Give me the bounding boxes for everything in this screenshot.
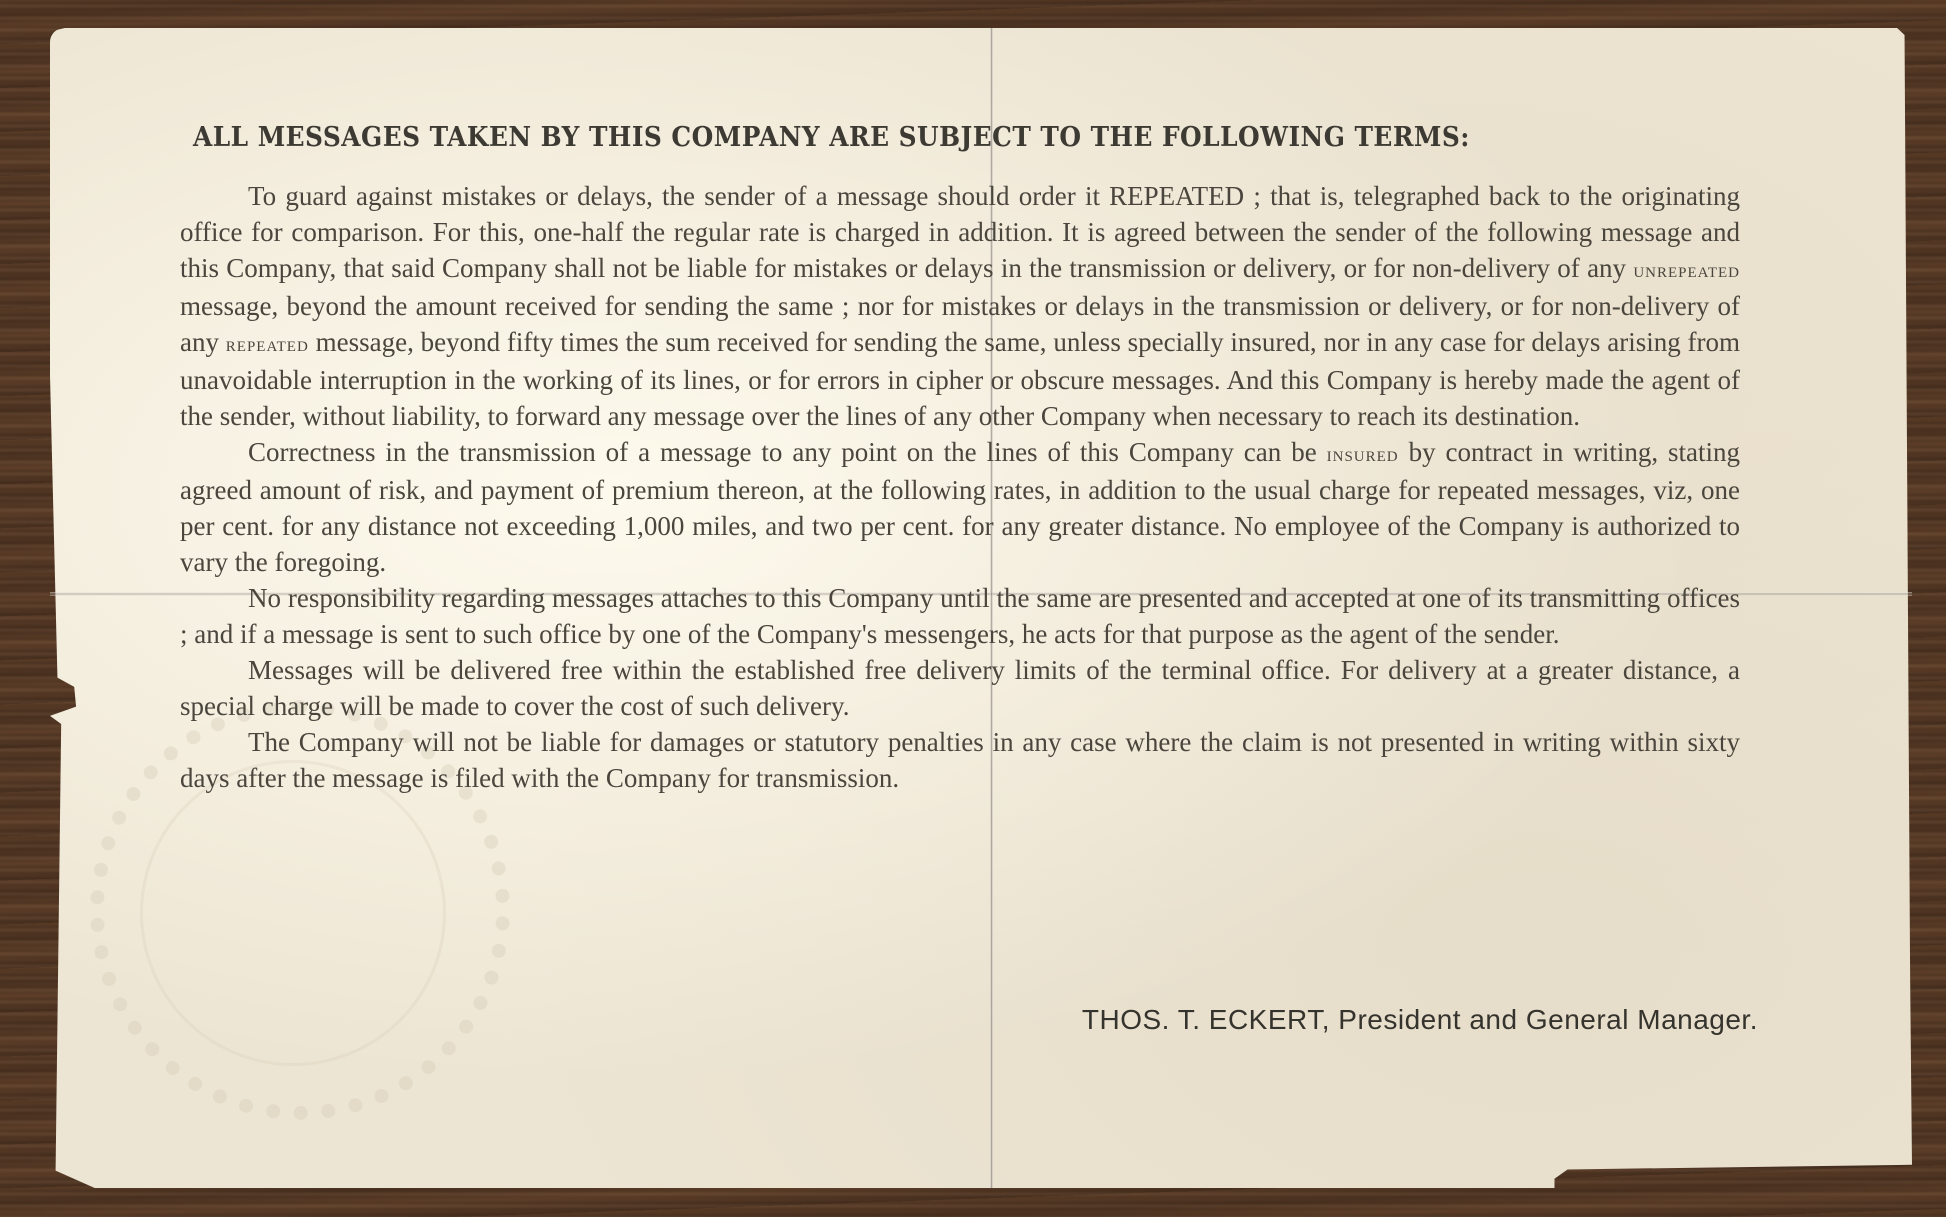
paragraph-text: The Company will not be liable for damag… bbox=[180, 727, 1740, 793]
terms-paragraph-insurance: Correctness in the transmission of a mes… bbox=[180, 434, 1740, 580]
small-caps-term-repeated: repeated bbox=[226, 331, 309, 356]
paragraph-text: message, beyond fifty times the sum rece… bbox=[180, 327, 1740, 431]
paragraph-text: Correctness in the transmission of a mes… bbox=[248, 437, 1327, 467]
small-caps-term-unrepeated: unrepeated bbox=[1633, 257, 1740, 282]
terms-heading: ALL MESSAGES TAKEN BY THIS COMPANY ARE S… bbox=[193, 122, 1610, 153]
terms-paragraph-responsibility: No responsibility regarding messages att… bbox=[180, 580, 1740, 652]
paragraph-text: To guard against mistakes or delays, the… bbox=[180, 181, 1740, 283]
terms-paragraph-delivery: Messages will be delivered free within t… bbox=[180, 652, 1740, 724]
paragraph-text: Messages will be delivered free within t… bbox=[180, 655, 1740, 721]
terms-paragraph-claims: The Company will not be liable for damag… bbox=[180, 724, 1740, 796]
terms-paragraph-repeated-messages: To guard against mistakes or delays, the… bbox=[180, 178, 1740, 434]
small-caps-term-insured: insured bbox=[1327, 441, 1399, 466]
signature-line: THOS. T. ECKERT, President and General M… bbox=[1082, 1004, 1758, 1036]
terms-body: To guard against mistakes or delays, the… bbox=[180, 178, 1740, 796]
paragraph-text: No responsibility regarding messages att… bbox=[180, 583, 1740, 649]
embossed-seal-inner-ring bbox=[140, 760, 446, 1066]
